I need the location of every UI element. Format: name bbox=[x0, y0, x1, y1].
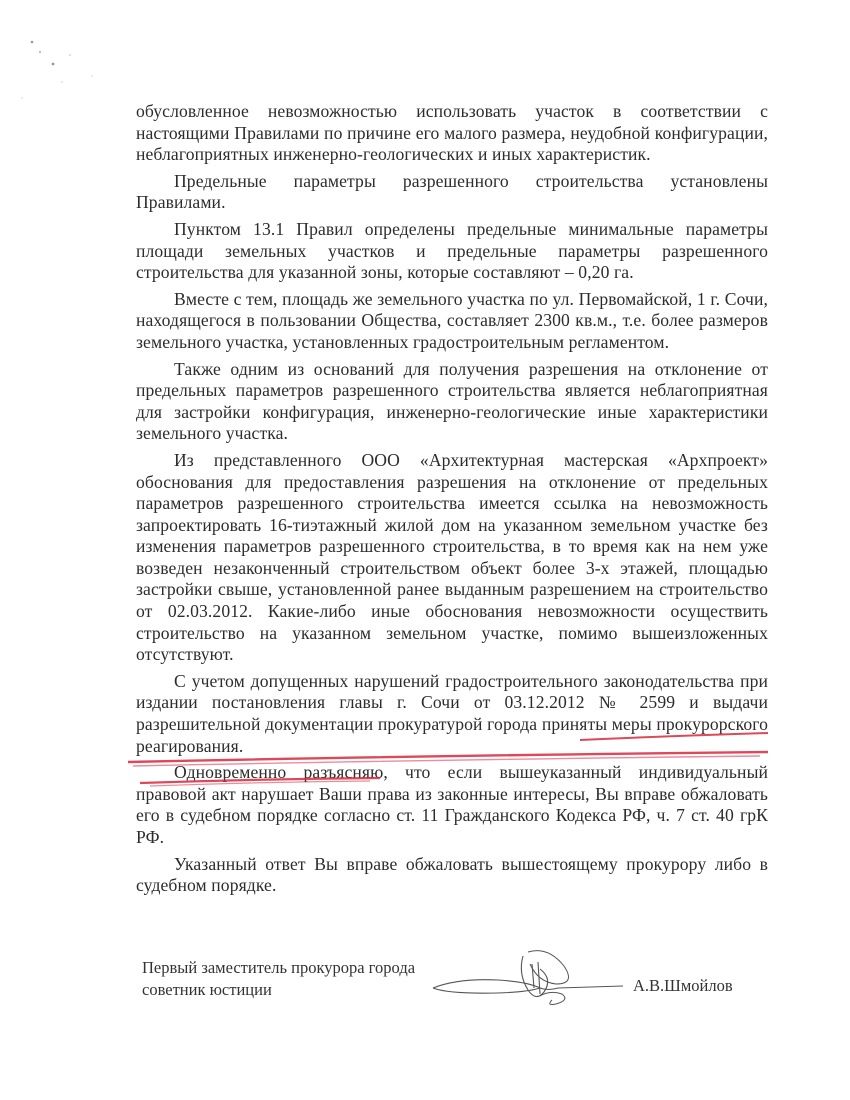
paragraph-1: обусловленное невозможностью использоват… bbox=[136, 101, 768, 166]
paragraph-4: Вместе с тем, площадь же земельного учас… bbox=[136, 289, 768, 354]
paragraph-7: С учетом допущенных нарушений градострои… bbox=[136, 671, 768, 757]
document-page: обусловленное невозможностью использоват… bbox=[0, 0, 850, 1100]
paragraph-2: Предельные параметры разрешенного строит… bbox=[136, 171, 768, 214]
paragraph-6: Из представленного ООО «Архитектурная ма… bbox=[136, 450, 768, 666]
paragraph-9: Указанный ответ Вы вправе обжаловать выш… bbox=[136, 854, 768, 897]
signatory-position: Первый заместитель прокурора города сове… bbox=[142, 957, 415, 1001]
paragraph-8: Одновременно разъясняю, что если вышеука… bbox=[136, 762, 768, 848]
position-line-2: советник юстиции bbox=[142, 979, 415, 1001]
position-line-1: Первый заместитель прокурора города bbox=[142, 957, 415, 979]
handwritten-signature bbox=[428, 944, 628, 1014]
paragraph-5: Также одним из оснований для получения р… bbox=[136, 359, 768, 445]
signatory-name: А.В.Шмойлов bbox=[633, 976, 733, 996]
letter-body: обусловленное невозможностью использоват… bbox=[136, 101, 768, 897]
paragraph-3: Пунктом 13.1 Правил определены предельны… bbox=[136, 219, 768, 284]
